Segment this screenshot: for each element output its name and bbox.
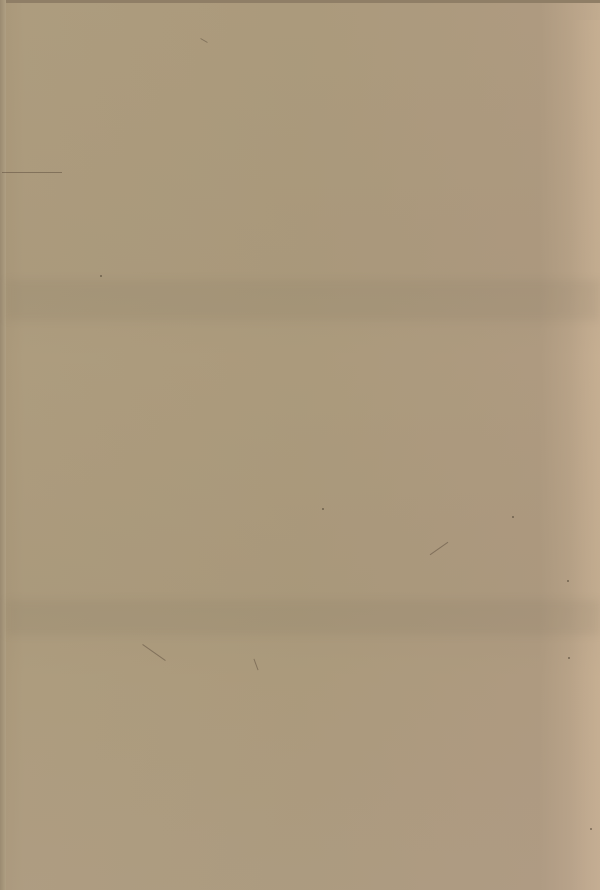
paper-speck (512, 516, 514, 518)
paper-speck (567, 580, 569, 582)
paper-speck (590, 828, 592, 830)
paper-blemish (200, 38, 207, 43)
paper-blemish (253, 659, 258, 671)
blank-paper-page (0, 0, 600, 890)
paper-blemish (142, 644, 166, 661)
page-right-light-band (570, 20, 600, 890)
paper-blemish (430, 542, 449, 555)
paper-speck (322, 508, 324, 510)
paper-speck (568, 657, 570, 659)
fold-shadow-band (6, 280, 600, 320)
page-top-edge (0, 0, 600, 3)
page-left-binding-edge (0, 0, 6, 890)
paper-blemish (2, 172, 62, 173)
paper-speck (100, 275, 102, 277)
fold-shadow-band (6, 600, 600, 635)
